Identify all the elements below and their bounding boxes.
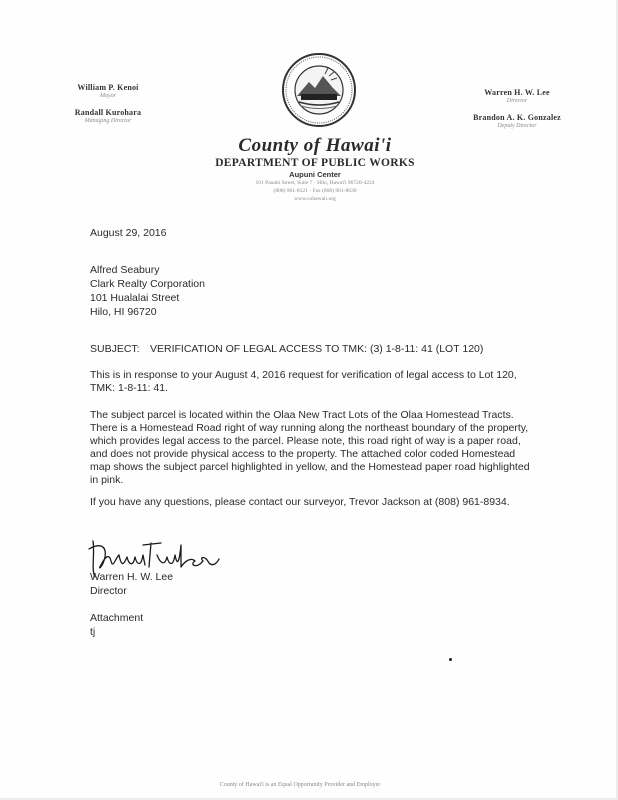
recipient-street: 101 Hualalai Street xyxy=(90,291,205,305)
footer-text: County of Hawai'i is an Equal Opportunit… xyxy=(150,782,450,788)
recipient-city: Hilo, HI 96720 xyxy=(90,305,205,319)
signer-title: Director xyxy=(90,584,173,598)
department-name: DEPARTMENT OF PUBLIC WORKS xyxy=(190,157,440,169)
letter-date: August 29, 2016 xyxy=(90,227,166,239)
mayor-name: William P. Kenoi xyxy=(68,83,148,92)
signer-name: Warren H. W. Lee xyxy=(90,570,173,584)
scan-speck xyxy=(449,658,452,661)
director-title: Director xyxy=(462,98,572,104)
deputy-director-title: Deputy Director xyxy=(462,123,572,129)
typist-initials: tj xyxy=(90,625,143,639)
attachment-block: Attachment tj xyxy=(90,611,143,639)
recipient-block: Alfred Seabury Clark Realty Corporation … xyxy=(90,263,205,319)
phone-line: (808) 961-8321 · Fax (808) 961-8630 xyxy=(190,187,440,195)
officials-left: William P. Kenoi Mayor Randall Kurohara … xyxy=(68,83,148,133)
paragraph-2: The subject parcel is located within the… xyxy=(90,409,530,487)
recipient-name: Alfred Seabury xyxy=(90,263,205,277)
recipient-company: Clark Realty Corporation xyxy=(90,277,205,291)
subject-label: SUBJECT: xyxy=(90,343,150,355)
subject-line: SUBJECT:VERIFICATION OF LEGAL ACCESS TO … xyxy=(90,343,530,355)
attachment-label: Attachment xyxy=(90,611,143,625)
paragraph-3: If you have any questions, please contac… xyxy=(90,496,530,509)
letterhead: County of Hawai'i DEPARTMENT OF PUBLIC W… xyxy=(190,135,440,203)
mayor-title: Mayor xyxy=(68,93,148,99)
county-seal-icon xyxy=(281,52,357,128)
deputy-director-name: Brandon A. K. Gonzalez xyxy=(462,113,572,122)
officials-right: Warren H. W. Lee Director Brandon A. K. … xyxy=(462,88,572,138)
director-name: Warren H. W. Lee xyxy=(462,88,572,97)
managing-director-title: Managing Director xyxy=(68,118,148,124)
address-line: 101 Pauahi Street, Suite 7 · Hilo, Hawai… xyxy=(190,179,440,187)
website-line: www.cohawaii.org xyxy=(190,195,440,203)
letter-page: William P. Kenoi Mayor Randall Kurohara … xyxy=(0,0,618,800)
county-name: County of Hawai'i xyxy=(190,135,440,157)
building-name: Aupuni Center xyxy=(190,170,440,179)
paragraph-1: This is in response to your August 4, 20… xyxy=(90,369,530,395)
managing-director-name: Randall Kurohara xyxy=(68,108,148,117)
subject-text: VERIFICATION OF LEGAL ACCESS TO TMK: (3)… xyxy=(150,343,483,355)
signer-block: Warren H. W. Lee Director xyxy=(90,570,173,598)
